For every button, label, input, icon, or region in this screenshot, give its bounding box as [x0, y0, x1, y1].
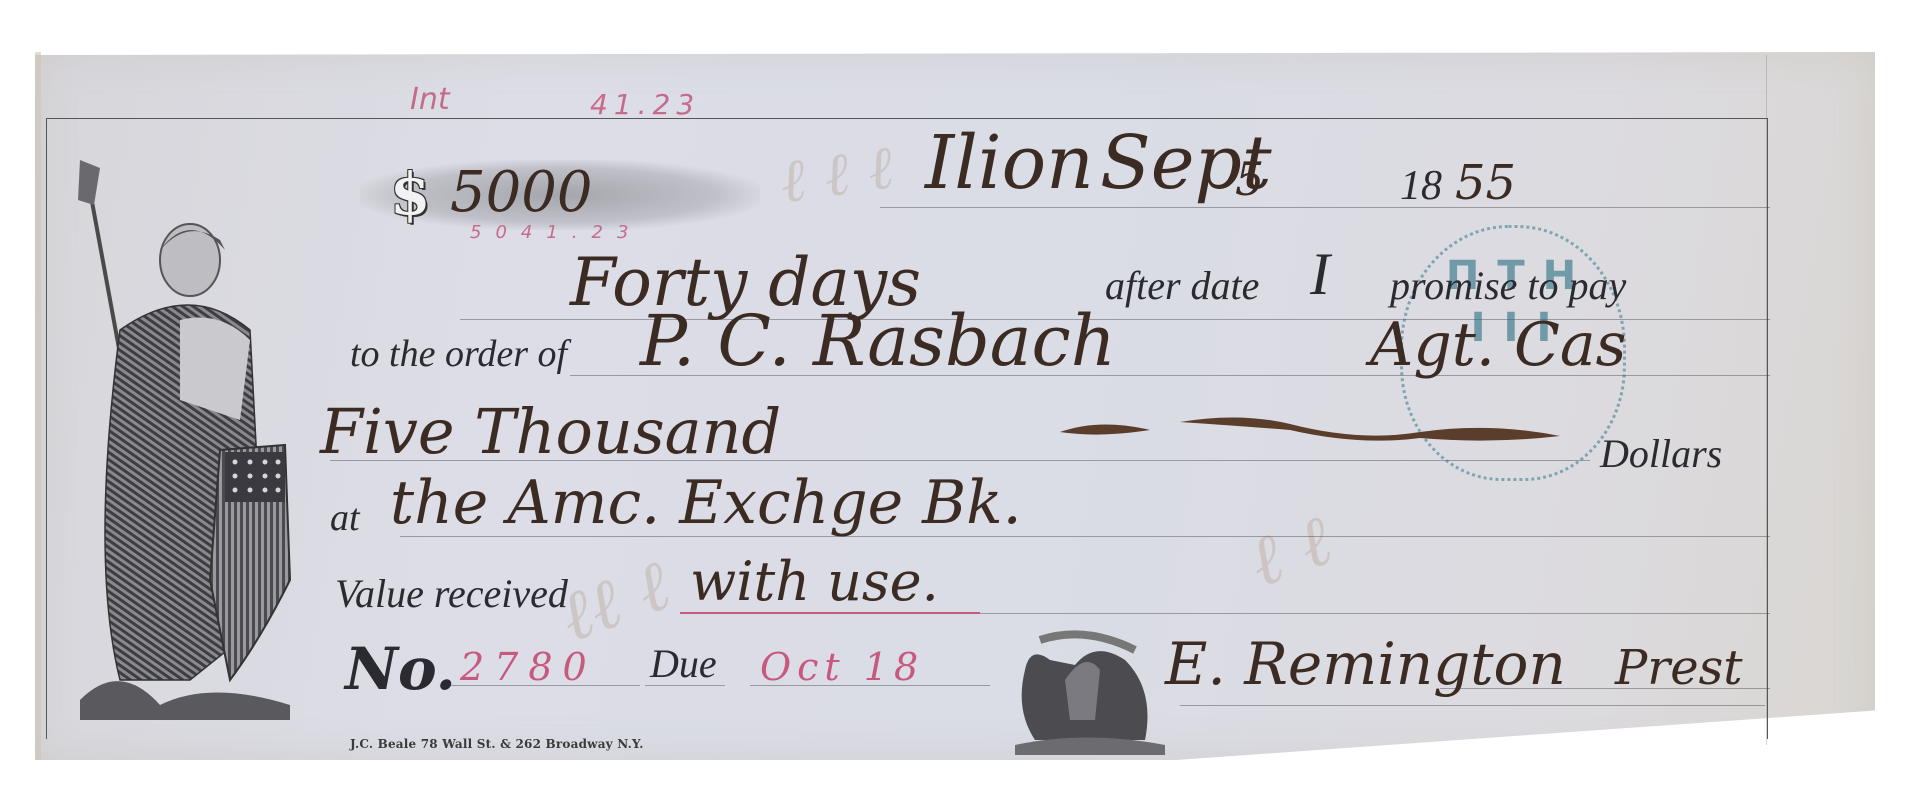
- signature-title: Prest: [1615, 640, 1743, 696]
- pencil-note-int: Int: [410, 82, 450, 117]
- year-printed: 18: [1400, 162, 1442, 210]
- paper-edge: [35, 52, 41, 760]
- printed-dollars: Dollars: [1600, 430, 1722, 477]
- dollar-sign: $: [390, 160, 430, 228]
- payee-written: P. C. Rasbach: [640, 300, 1116, 382]
- date-day: 5: [1235, 152, 1264, 206]
- date-line: [880, 207, 1770, 208]
- printed-promise: promise to pay: [1390, 262, 1626, 309]
- pink-underline: [680, 612, 980, 614]
- year-written: 55: [1455, 155, 1516, 211]
- number-label: No.: [345, 635, 456, 703]
- due-date: Oct 18: [760, 645, 924, 689]
- amount-figure: 5000: [450, 160, 593, 225]
- amount-fill-flourish: [1060, 410, 1560, 450]
- printer-imprint: J.C. Beale 78 Wall St. & 262 Broadway N.…: [350, 737, 644, 751]
- bank-written: the Amc. Exchge Bk.: [390, 468, 1022, 538]
- printed-to-order: to the order of: [350, 332, 567, 376]
- amount-written: Five Thousand: [320, 395, 781, 468]
- printed-i: I: [1310, 240, 1330, 309]
- pencil-note-interest: 41.23: [590, 88, 700, 121]
- printed-at: at: [330, 496, 360, 540]
- eagle-vignette: [1005, 620, 1170, 760]
- place-written: Ilion: [925, 120, 1094, 206]
- signature-name: E. Remington: [1165, 630, 1566, 698]
- liberty-vignette: [60, 160, 330, 720]
- printed-after-date: after date: [1105, 262, 1259, 309]
- value-received-written: with use.: [690, 550, 939, 613]
- stub-divider: [1766, 55, 1767, 745]
- printed-value-received: Value received: [335, 570, 568, 617]
- payee-suffix: Agt. Cas: [1370, 310, 1626, 380]
- signature-line: [1180, 705, 1765, 706]
- due-label: Due: [650, 640, 717, 687]
- note-number: 2780: [460, 645, 597, 689]
